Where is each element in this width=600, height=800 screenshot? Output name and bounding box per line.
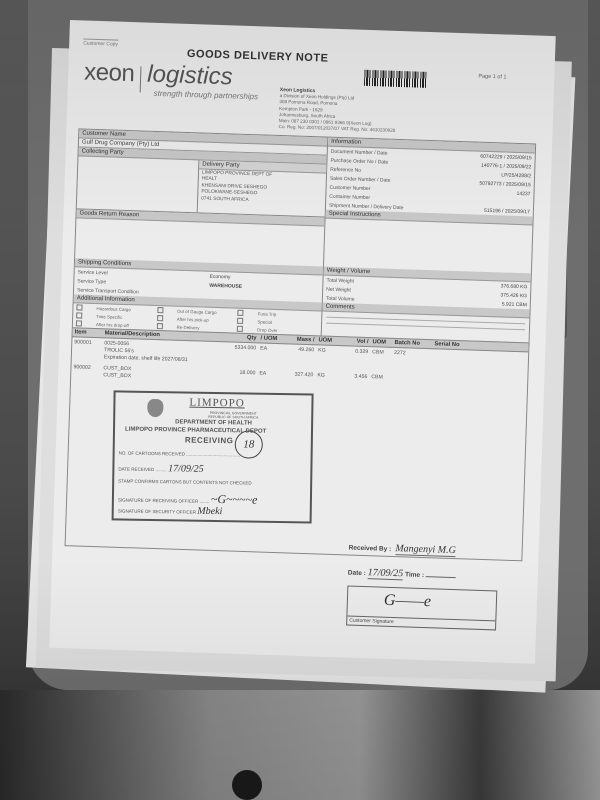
weight-value: 375.426 KG (500, 292, 527, 299)
info-value: 14237 (516, 190, 530, 196)
option-label: Furia Trip (258, 311, 277, 317)
weight-label: Total Volume (326, 295, 355, 302)
item-mass: 327.420 (279, 371, 313, 386)
date-row: Date : 17/09/25 Time : (348, 567, 518, 584)
delivery-party-address: LIMPOPO PROVINCE DEPT OF HEALT KHENSANI … (198, 169, 326, 207)
checkbox-icon[interactable] (157, 307, 163, 313)
time-label: Time : (405, 571, 424, 579)
received-by-value[interactable]: Mangenyi M.G (395, 543, 456, 557)
item-vol-uom: CBM (367, 374, 393, 389)
option-label: Re-Delivery (176, 324, 199, 330)
item-serial (434, 351, 475, 373)
info-label: Sales Order Number / Date (330, 175, 391, 183)
item-vol: 3.456 (339, 373, 367, 388)
option-time-specific[interactable]: Time Specific (76, 312, 157, 321)
customer-signature-label: Customer Signature (347, 616, 495, 630)
option-label: Time Specific (96, 314, 122, 320)
checkbox-icon[interactable] (238, 310, 244, 316)
receiving-stamp: LIMPOPO PROVINCIAL GOVERNMENT REPUBLIC O… (112, 390, 314, 523)
option-after-hrs-dropoff[interactable]: After hrs drop-off (76, 320, 157, 329)
col-batch: Batch No (394, 340, 434, 347)
info-label: Customer Number (329, 184, 370, 191)
weight-label: Total Weight (326, 277, 354, 284)
weight-column: Weight / Volume Total Weight376.680 KG N… (322, 267, 531, 343)
stamp-receiving: RECEIVING (185, 436, 234, 446)
checkbox-icon[interactable] (237, 326, 243, 332)
info-label: Purchase Order No / Date (330, 157, 388, 165)
weight-value: 5.921 CBM (502, 301, 527, 308)
floor-background (0, 690, 600, 800)
item-qty: 18.000 (215, 369, 255, 384)
stamp-confirms-line: STAMP CONFIRMS CARTONS BUT CONTENTS NOT … (118, 478, 252, 485)
checkbox-icon[interactable] (76, 320, 82, 326)
info-value: 50792773 / 2025/09/15 (479, 180, 531, 188)
signature-mark: G——e (384, 592, 432, 612)
logo-tagline: strength through partnerships (153, 89, 258, 101)
company-address: Xeon Logistics a Division of Xeon Holdin… (278, 87, 479, 137)
item-vol-uom: CBM (368, 349, 395, 371)
items-table-body: 900001 0025-0056 TROLIC 56's Expiration … (66, 337, 529, 560)
receipt-section: Received By :Mangenyi M.G Date : 17/09/2… (346, 542, 519, 632)
time-field[interactable] (426, 576, 456, 578)
option-label: After hrs drop-off (96, 322, 129, 328)
checkbox-icon[interactable] (76, 312, 82, 318)
option-label: Out of Gauge Cargo (177, 308, 217, 314)
delivery-note-paper: Customer Copy GOODS DELIVERY NOTE Page 1… (49, 20, 556, 664)
customer-signature-box[interactable]: G——e Customer Signature (346, 586, 497, 631)
stamp-subtitle: PROVINCIAL GOVERNMENT REPUBLIC OF SOUTH … (203, 411, 263, 420)
stamp-security-value: Mbeki (197, 506, 222, 517)
coat-of-arms-icon (147, 399, 163, 417)
info-label: Container Number (329, 193, 370, 200)
item-description: CUST_BOX CUST_BOX (103, 365, 215, 383)
logo-brand: xeon (84, 59, 135, 88)
weight-label: Net Weight (326, 286, 351, 293)
stamp-department: DEPARTMENT OF HEALTH (175, 419, 252, 426)
stamp-cartons-label: NO. OF CARTOONS RECEIVED (119, 450, 185, 456)
collecting-party-area (77, 156, 200, 212)
copy-label: Customer Copy (83, 38, 118, 47)
item-number: 900001 (74, 339, 105, 361)
col-qty: Qty (216, 334, 256, 341)
date-value[interactable]: 17/09/25 (367, 567, 403, 580)
info-label: Document Number / Date (331, 148, 388, 156)
item-vol: 0.329 (340, 348, 369, 370)
info-value: LP/25/4288/2 (501, 172, 531, 179)
stamp-date-label: DATE RECEIVED (118, 466, 154, 472)
form-top-row: Customer Name Gulf Drug Company (Pty) Lt… (75, 129, 535, 273)
option-label: Hazardous Cargo (96, 306, 131, 312)
stamp-province: LIMPOPO (189, 397, 244, 410)
col-vol: Vol / (340, 338, 368, 345)
delivery-party-area: Delivery Party LIMPOPO PROVINCE DEPT OF … (198, 160, 327, 216)
information-column: Information Document Number / Date607422… (324, 138, 535, 274)
checkbox-icon[interactable] (157, 315, 163, 321)
checkbox-icon[interactable] (76, 304, 82, 310)
comment-line (326, 323, 525, 331)
page-number: Page 1 of 1 (478, 74, 506, 81)
item-uom: EA (256, 345, 281, 367)
shipping-label: Service Level (78, 269, 108, 276)
floor-hole (232, 770, 262, 800)
col-uom: / UOM (256, 335, 280, 342)
item-batch (393, 375, 433, 390)
logo-separator (140, 67, 142, 93)
stamp-cartons-line: NO. OF CARTOONS RECEIVED ...............… (119, 450, 240, 457)
item-mass: 49.260 (280, 346, 315, 368)
col-mass-uom: UOM (314, 337, 340, 344)
col-item: Item (75, 329, 105, 336)
info-value: 140776-1 / 2025/09/22 (481, 162, 531, 170)
option-label: Special (257, 319, 272, 324)
item-description: 0025-0056 TROLIC 56's Expiration date, s… (104, 340, 217, 365)
item-number: 900002 (73, 364, 103, 379)
shipping-column: Shipping Conditions Service LevelEconomy… (73, 258, 324, 335)
stamp-date-value: 17/09/25 (168, 463, 204, 475)
barcode-icon (364, 70, 426, 88)
party-box: Delivery Party LIMPOPO PROVINCE DEPT OF … (77, 156, 327, 217)
delivery-form: Customer Name Gulf Drug Company (Pty) Lt… (65, 128, 537, 561)
item-uom: EA (255, 370, 279, 385)
option-label: After hrs pick-up (177, 316, 209, 322)
stamp-date-line: DATE RECEIVED ......... 17/09/25 (118, 462, 203, 474)
item-serial (433, 376, 473, 391)
option-furia-trip[interactable]: Furia Trip (238, 310, 319, 319)
shipping-label: Service Type (77, 278, 106, 285)
stamp-security-label: SIGNATURE OF SECURITY OFFICER (118, 508, 196, 514)
stamp-officer-label: SIGNATURE OF RECEIVING OFFICER (118, 497, 199, 503)
info-value: 60742229 / 2025/09/15 (480, 153, 532, 161)
option-hazardous-cargo[interactable]: Hazardous Cargo (76, 304, 157, 313)
date-label: Date : (348, 570, 366, 578)
checkbox-icon[interactable] (237, 318, 243, 324)
info-label: Reference No (330, 166, 361, 173)
option-after-hrs-pickup[interactable]: After hrs pick-up (157, 315, 238, 324)
col-serial: Serial No (434, 341, 474, 348)
checkbox-icon[interactable] (156, 323, 162, 329)
col-mass: Mass / (280, 336, 314, 343)
item-mass-uom: KG (314, 347, 341, 369)
item-qty: 5334.000 (216, 344, 257, 366)
received-by-label: Received By : (349, 545, 392, 553)
option-out-of-gauge[interactable]: Out of Gauge Cargo (157, 307, 238, 316)
weight-value: 376.680 KG (501, 283, 528, 290)
option-re-delivery[interactable]: Re-Delivery (156, 323, 237, 332)
item-batch: 2272 (394, 350, 435, 372)
info-value: 515196 / 2025/09/17 (484, 207, 530, 215)
option-drop-over[interactable]: Drop Over (237, 326, 318, 335)
logo-brand-secondary: logistics (147, 61, 233, 91)
customer-column: Customer Name Gulf Drug Company (Pty) Lt… (75, 129, 328, 266)
item-mass-uom: KG (313, 372, 339, 387)
col-vol-uom: UOM (368, 339, 394, 346)
special-instructions-area (324, 219, 532, 266)
option-special[interactable]: Special (237, 318, 318, 327)
stamp-security-line: SIGNATURE OF SECURITY OFFICER Mbeki (118, 504, 223, 517)
option-label: Drop Over (257, 327, 277, 333)
